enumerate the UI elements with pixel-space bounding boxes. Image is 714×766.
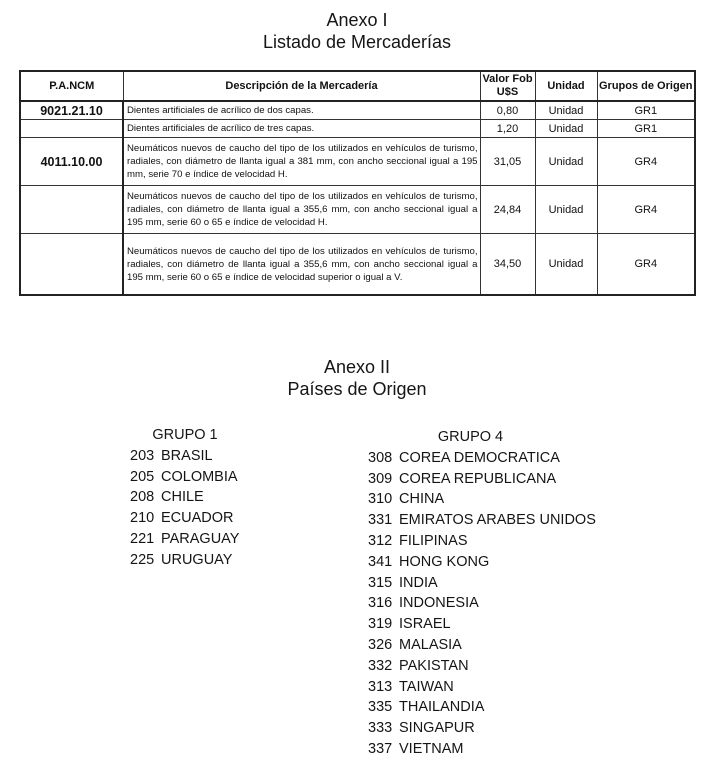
table-row: Neumáticos nuevos de caucho del tipo de … (20, 186, 695, 234)
ncm-cell (20, 120, 123, 138)
table-header-row: P.A.NCM Descripción de la Mercadería Val… (20, 71, 695, 101)
country-name: HONG KONG (399, 554, 489, 570)
country-code: 313 (368, 677, 399, 698)
country-item: 312FILIPINAS (368, 531, 628, 552)
group-4-heading: GRUPO 4 (368, 427, 573, 448)
group-4-country-list: GRUPO 4 308COREA DEMOCRATICA309COREA REP… (368, 427, 628, 760)
group-1-heading: GRUPO 1 (130, 425, 240, 446)
description-cell: Neumáticos nuevos de caucho del tipo de … (123, 234, 480, 296)
country-item: 332PAKISTAN (368, 656, 628, 677)
country-code: 308 (368, 448, 399, 469)
table-row: 4011.10.00 Neumáticos nuevos de caucho d… (20, 138, 695, 186)
country-code: 309 (368, 469, 399, 490)
country-item: 341HONG KONG (368, 552, 628, 573)
country-item: 225URUGUAY (130, 550, 270, 571)
country-name: URUGUAY (161, 552, 232, 568)
goods-table: P.A.NCM Descripción de la Mercadería Val… (19, 70, 696, 296)
group-1-country-list: GRUPO 1 203BRASIL205COLOMBIA208CHILE210E… (130, 425, 270, 571)
country-code: 337 (368, 739, 399, 760)
country-item: 337VIETNAM (368, 739, 628, 760)
table-row: Neumáticos nuevos de caucho del tipo de … (20, 234, 695, 296)
origin-group-cell: GR1 (597, 101, 695, 120)
country-code: 208 (130, 487, 161, 508)
annex-1-title: Anexo I (0, 9, 714, 31)
country-code: 221 (130, 529, 161, 550)
ncm-cell: 4011.10.00 (20, 138, 123, 186)
country-item: 331EMIRATOS ARABES UNIDOS (368, 510, 628, 531)
fob-value-cell: 34,50 (480, 234, 535, 296)
country-code: 331 (368, 510, 399, 531)
country-item: 308COREA DEMOCRATICA (368, 448, 628, 469)
country-code: 341 (368, 552, 399, 573)
country-item: 313TAIWAN (368, 677, 628, 698)
country-code: 310 (368, 489, 399, 510)
unit-cell: Unidad (535, 101, 597, 120)
country-code: 319 (368, 614, 399, 635)
country-name: COREA REPUBLICANA (399, 471, 556, 487)
unit-cell: Unidad (535, 186, 597, 234)
origin-group-cell: GR1 (597, 120, 695, 138)
country-code: 326 (368, 635, 399, 656)
unit-cell: Unidad (535, 120, 597, 138)
country-name: PAKISTAN (399, 658, 469, 674)
country-code: 316 (368, 593, 399, 614)
country-code: 312 (368, 531, 399, 552)
unit-cell: Unidad (535, 234, 597, 296)
country-item: 310CHINA (368, 489, 628, 510)
country-name: TAIWAN (399, 679, 454, 695)
column-header-unit: Unidad (535, 71, 597, 101)
country-item: 205COLOMBIA (130, 467, 270, 488)
country-item: 326MALASIA (368, 635, 628, 656)
country-name: COREA DEMOCRATICA (399, 450, 560, 466)
origin-group-cell: GR4 (597, 234, 695, 296)
country-name: ISRAEL (399, 616, 451, 632)
country-item: 319ISRAEL (368, 614, 628, 635)
annex-1-subtitle: Listado de Mercaderías (0, 31, 714, 53)
fob-value-cell: 1,20 (480, 120, 535, 138)
annex-2-subtitle: Países de Origen (0, 378, 714, 400)
country-code: 225 (130, 550, 161, 571)
description-cell: Neumáticos nuevos de caucho del tipo de … (123, 138, 480, 186)
unit-cell: Unidad (535, 138, 597, 186)
country-name: ECUADOR (161, 510, 234, 526)
country-item: 208CHILE (130, 487, 270, 508)
country-item: 316INDONESIA (368, 593, 628, 614)
table-row: 9021.21.10 Dientes artificiales de acríl… (20, 101, 695, 120)
annex-2-title: Anexo II (0, 356, 714, 378)
column-header-description: Descripción de la Mercadería (123, 71, 480, 101)
origin-group-cell: GR4 (597, 186, 695, 234)
country-name: VIETNAM (399, 741, 463, 757)
country-item: 221PARAGUAY (130, 529, 270, 550)
ncm-cell (20, 234, 123, 296)
country-code: 315 (368, 573, 399, 594)
country-item: 210ECUADOR (130, 508, 270, 529)
fob-value-cell: 0,80 (480, 101, 535, 120)
country-name: FILIPINAS (399, 533, 468, 549)
country-code: 205 (130, 467, 161, 488)
country-name: COLOMBIA (161, 469, 238, 485)
country-code: 332 (368, 656, 399, 677)
country-item: 315INDIA (368, 573, 628, 594)
country-code: 333 (368, 718, 399, 739)
description-cell: Dientes artificiales de acrílico de tres… (123, 120, 480, 138)
country-code: 335 (368, 697, 399, 718)
ncm-cell: 9021.21.10 (20, 101, 123, 120)
country-name: SINGAPUR (399, 720, 475, 736)
country-name: CHILE (161, 489, 204, 505)
column-header-fob: Valor Fob U$S (480, 71, 535, 101)
country-name: PARAGUAY (161, 531, 239, 547)
fob-value-cell: 31,05 (480, 138, 535, 186)
column-header-ncm: P.A.NCM (20, 71, 123, 101)
country-name: BRASIL (161, 448, 213, 464)
country-name: CHINA (399, 491, 444, 507)
country-item: 333SINGAPUR (368, 718, 628, 739)
country-code: 203 (130, 446, 161, 467)
table-row: Dientes artificiales de acrílico de tres… (20, 120, 695, 138)
column-header-origin-groups: Grupos de Origen (597, 71, 695, 101)
origin-group-cell: GR4 (597, 138, 695, 186)
country-item: 309COREA REPUBLICANA (368, 469, 628, 490)
description-cell: Dientes artificiales de acrílico de dos … (123, 101, 480, 120)
country-code: 210 (130, 508, 161, 529)
country-name: EMIRATOS ARABES UNIDOS (399, 512, 596, 528)
fob-value-cell: 24,84 (480, 186, 535, 234)
country-name: INDIA (399, 575, 438, 591)
ncm-cell (20, 186, 123, 234)
country-name: THAILANDIA (399, 699, 484, 715)
description-cell: Neumáticos nuevos de caucho del tipo de … (123, 186, 480, 234)
country-name: INDONESIA (399, 595, 479, 611)
country-item: 335THAILANDIA (368, 697, 628, 718)
country-name: MALASIA (399, 637, 462, 653)
country-item: 203BRASIL (130, 446, 270, 467)
